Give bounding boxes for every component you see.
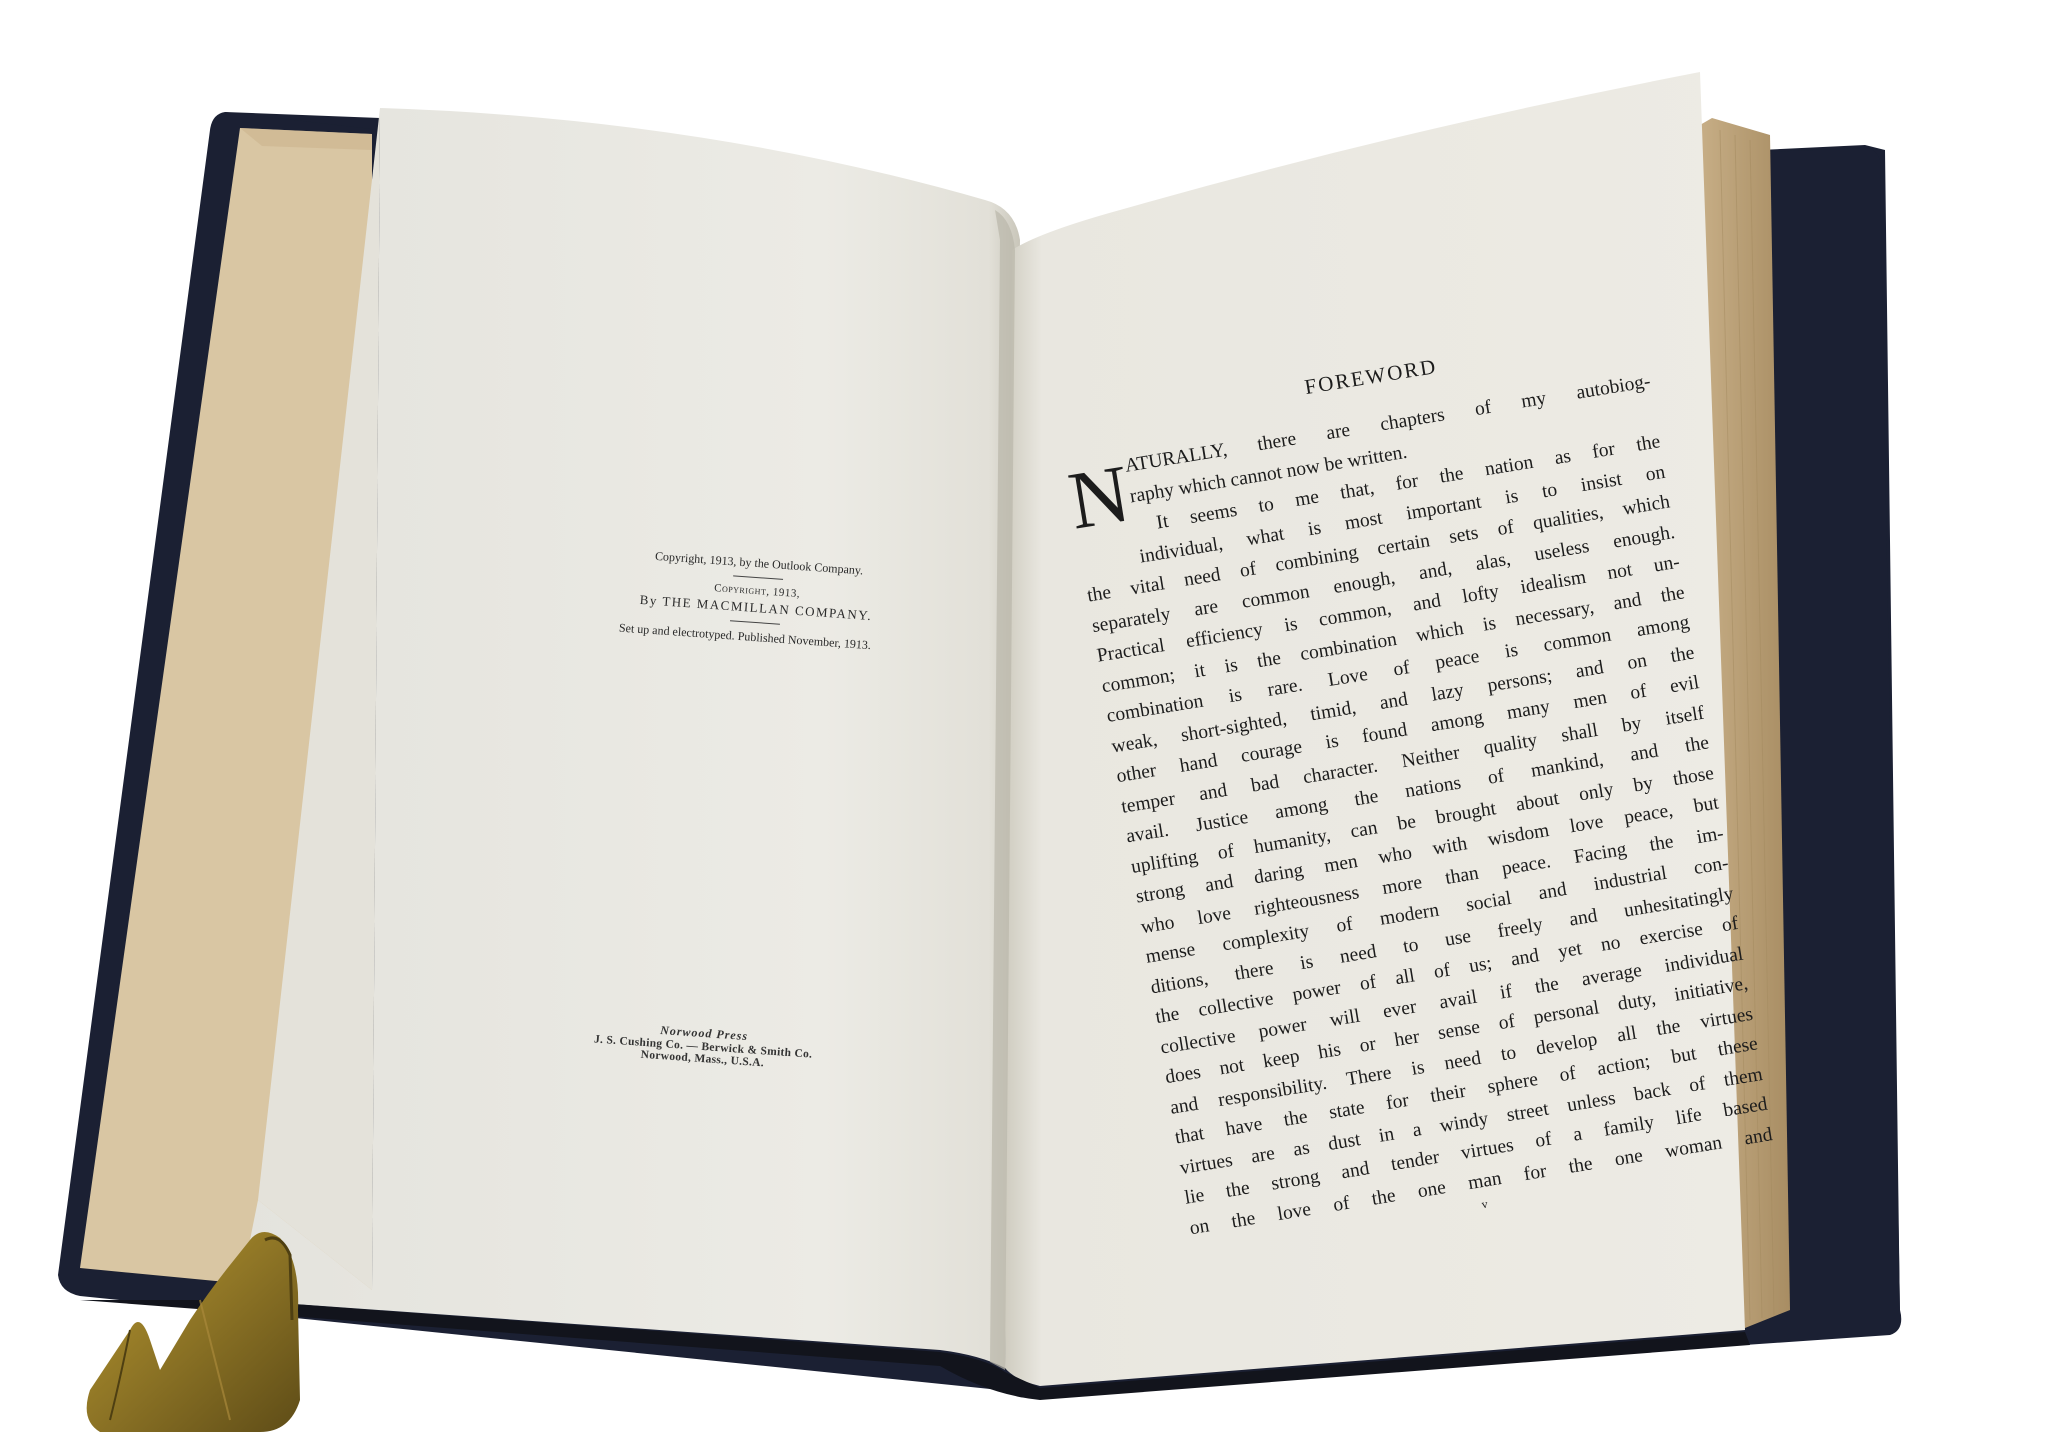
drop-cap: N xyxy=(1064,458,1134,537)
open-book-illustration xyxy=(0,0,2048,1432)
divider-rule xyxy=(733,575,783,579)
book-photo: Copyright, 1913, by the Outlook Company.… xyxy=(0,0,2048,1432)
divider-rule xyxy=(730,620,780,624)
foreword-body: N ATURALLY, there are chapters of my aut… xyxy=(1066,367,1775,1244)
